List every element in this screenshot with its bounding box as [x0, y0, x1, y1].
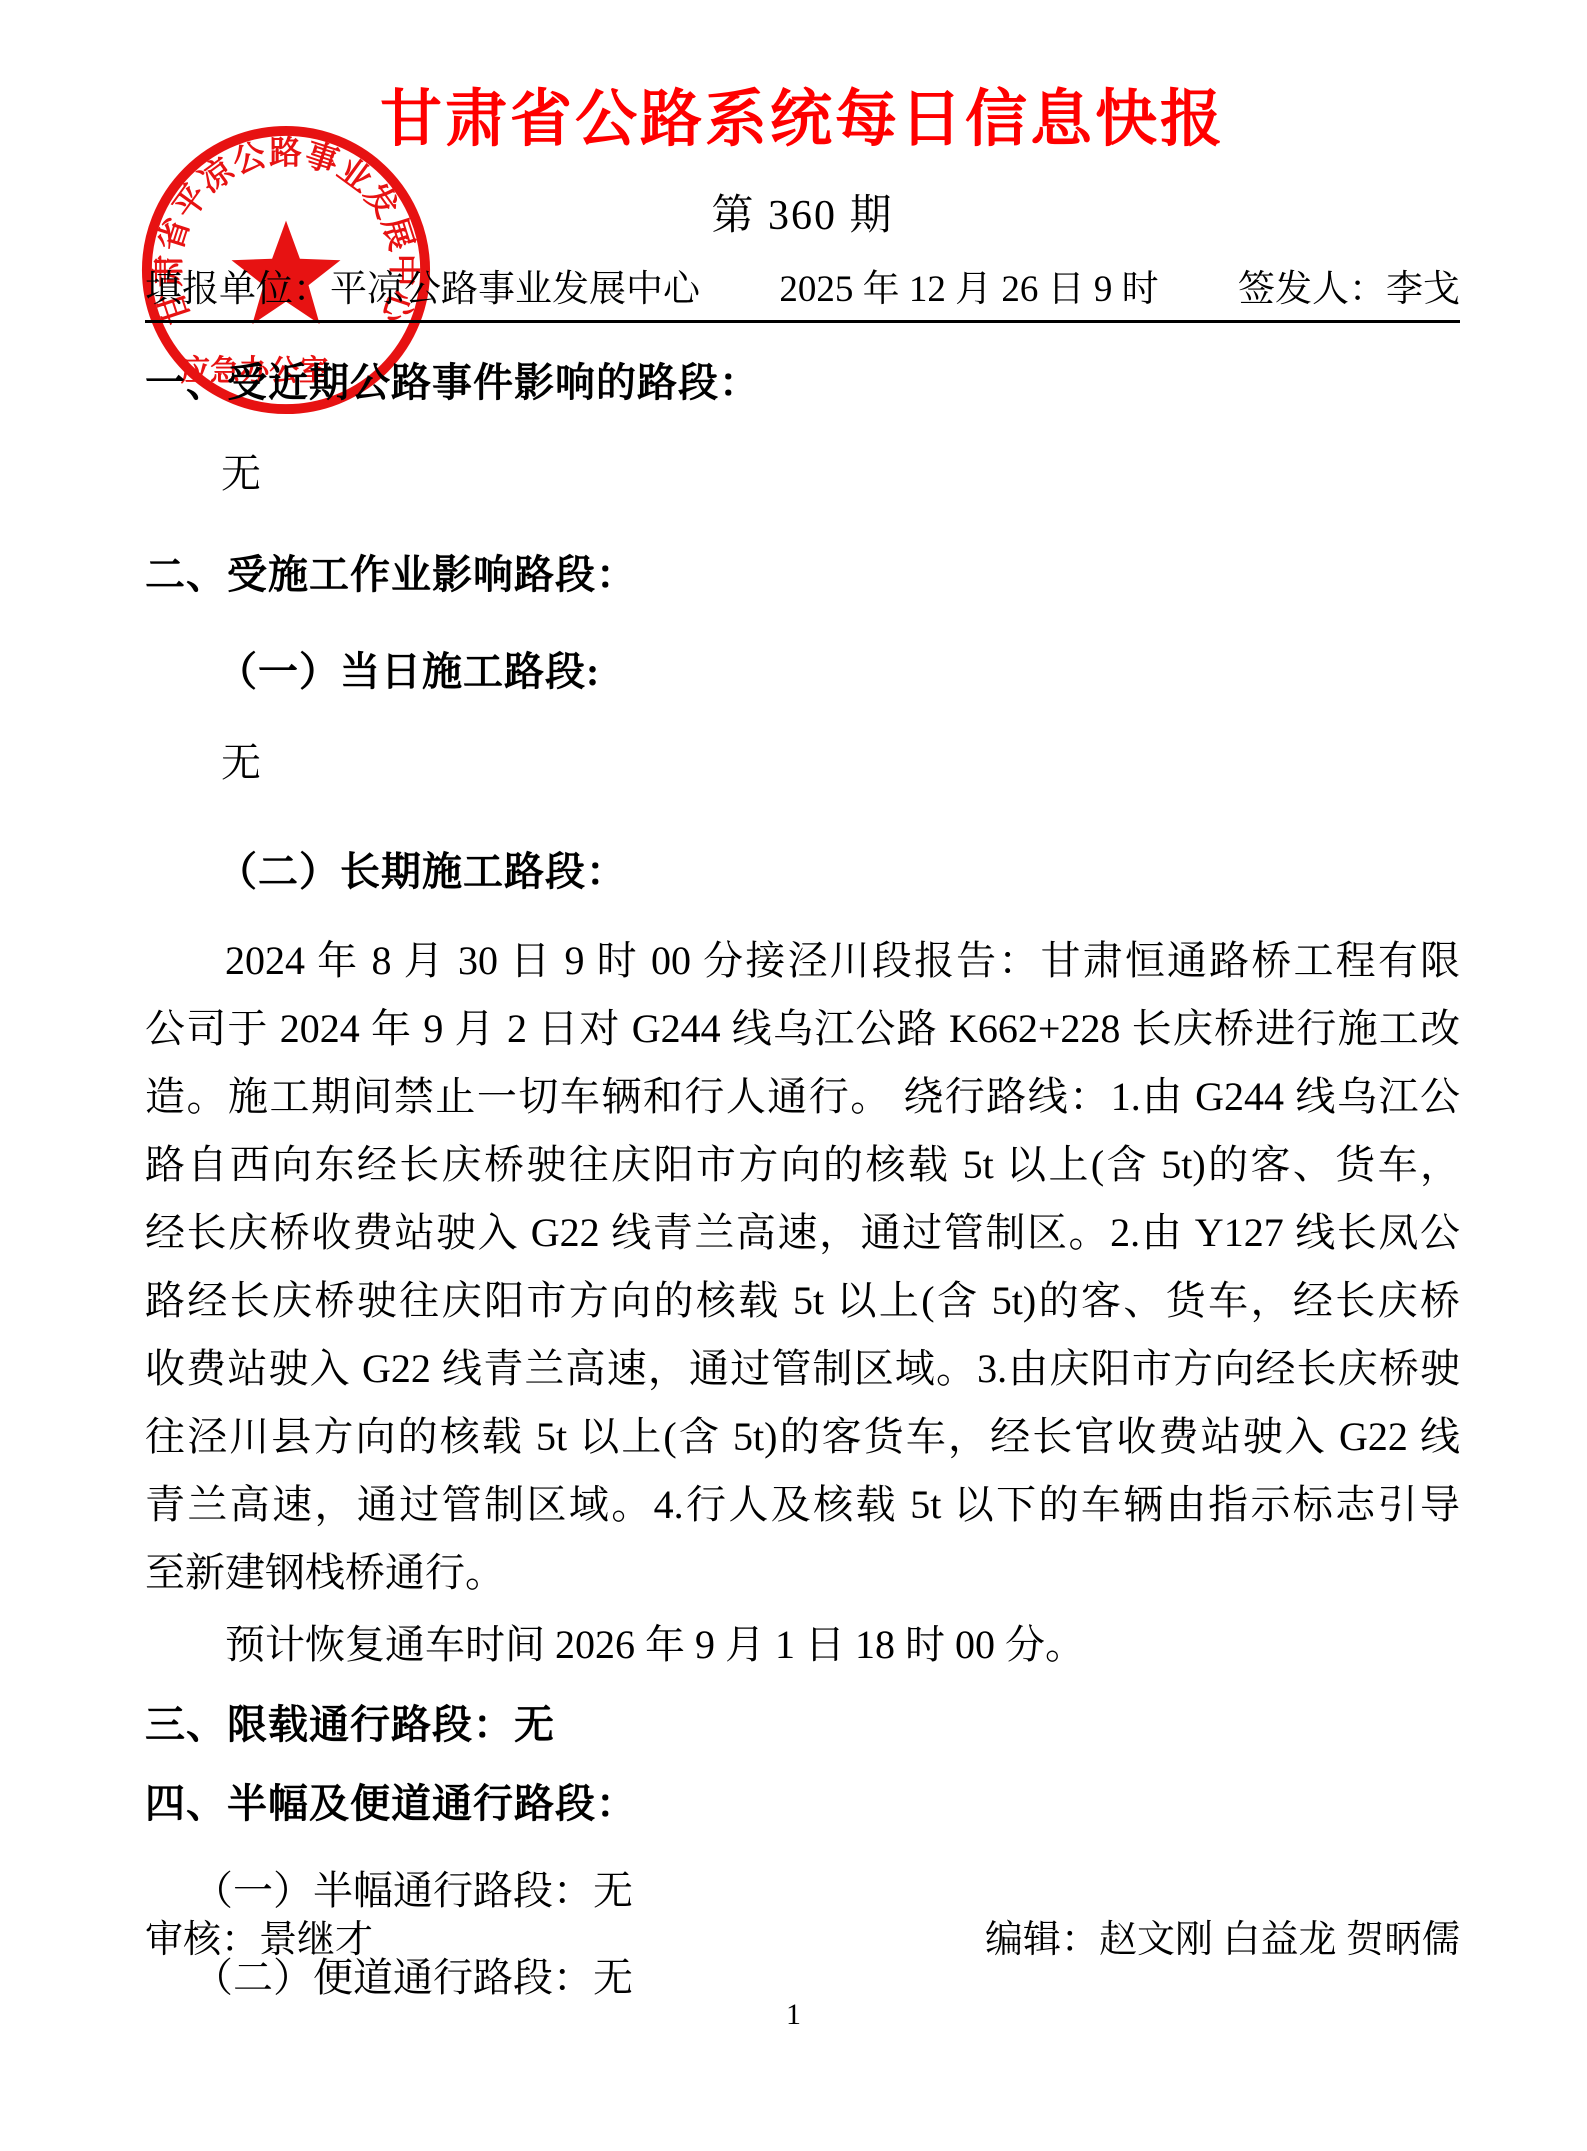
paragraph-line: 2024 年 8 月 30 日 9 时 00 分接泾川段报告：甘肃恒通路桥工程有… [145, 927, 1460, 995]
section3-heading: 三、限载通行路段：无 [145, 1693, 1460, 1750]
report-date: 2025 年 12 月 26 日 9 时 [779, 258, 1158, 312]
section4-heading: 四、半幅及便道通行路段： [145, 1772, 1460, 1829]
paragraph-line: 收费站驶入 G22 线青兰高速，通过管制区域。3.由庆阳市方向经长庆桥驶 [145, 1335, 1460, 1403]
footer-row: 审核：景继才 编辑：赵文刚 白益龙 贺昞儒 [145, 1908, 1460, 1963]
document-page: 甘肃省公路系统每日信息快报 第 360 期 填报单位：平凉公路事业发展中心 20… [0, 0, 1587, 2151]
reopen-time-note: 预计恢复通车时间 2026 年 9 月 1 日 18 时 00 分。 [145, 1611, 1460, 1679]
paragraph-line: 造。施工期间禁止一切车辆和行人通行。 绕行路线：1.由 G244 线乌江公 [145, 1063, 1460, 1131]
section1-value: 无 [145, 442, 1460, 499]
construction-paragraph: 2024 年 8 月 30 日 9 时 00 分接泾川段报告：甘肃恒通路桥工程有… [145, 927, 1460, 1607]
paragraph-line: 青兰高速，通过管制区域。4.行人及核载 5t 以下的车辆由指示标志引导 [145, 1471, 1460, 1539]
page-number: 1 [0, 1998, 1587, 2032]
paragraph-line: 路自西向东经长庆桥驶往庆阳市方向的核载 5t 以上(含 5t)的客、货车， [145, 1131, 1460, 1199]
section2-1-heading: （一）当日施工路段: [145, 640, 1460, 697]
paragraph-line: 路经长庆桥驶往庆阳市方向的核载 5t 以上(含 5t)的客、货车，经长庆桥 [145, 1267, 1460, 1335]
paragraph-line: 至新建钢栈桥通行。 [145, 1539, 1460, 1607]
section2-heading: 二、受施工作业影响路段： [145, 543, 1460, 600]
section2-1-value: 无 [145, 731, 1460, 788]
report-info-row: 填报单位：平凉公路事业发展中心 2025 年 12 月 26 日 9 时 签发人… [145, 258, 1460, 323]
report-unit: 填报单位：平凉公路事业发展中心 [145, 258, 700, 312]
paragraph-line: 经长庆桥收费站驶入 G22 线青兰高速，通过管制区。2.由 Y127 线长凤公 [145, 1199, 1460, 1267]
paragraph-line: 公司于 2024 年 9 月 2 日对 G244 线乌江公路 K662+228 … [145, 995, 1460, 1063]
section2-2-heading: （二）长期施工路段： [145, 840, 1460, 897]
reviewer-name: 审核：景继才 [145, 1908, 373, 1963]
editor-names: 编辑：赵文刚 白益龙 贺昞儒 [985, 1908, 1460, 1963]
paragraph-line: 往泾川县方向的核载 5t 以上(含 5t)的客货车，经长官收费站驶入 G22 线 [145, 1403, 1460, 1471]
issue-number: 第 360 期 [145, 182, 1460, 242]
section1-heading: 一、受近期公路事件影响的路段： [145, 351, 1460, 408]
report-signer: 签发人：李戈 [1238, 258, 1460, 312]
page-title: 甘肃省公路系统每日信息快报 [145, 85, 1460, 156]
